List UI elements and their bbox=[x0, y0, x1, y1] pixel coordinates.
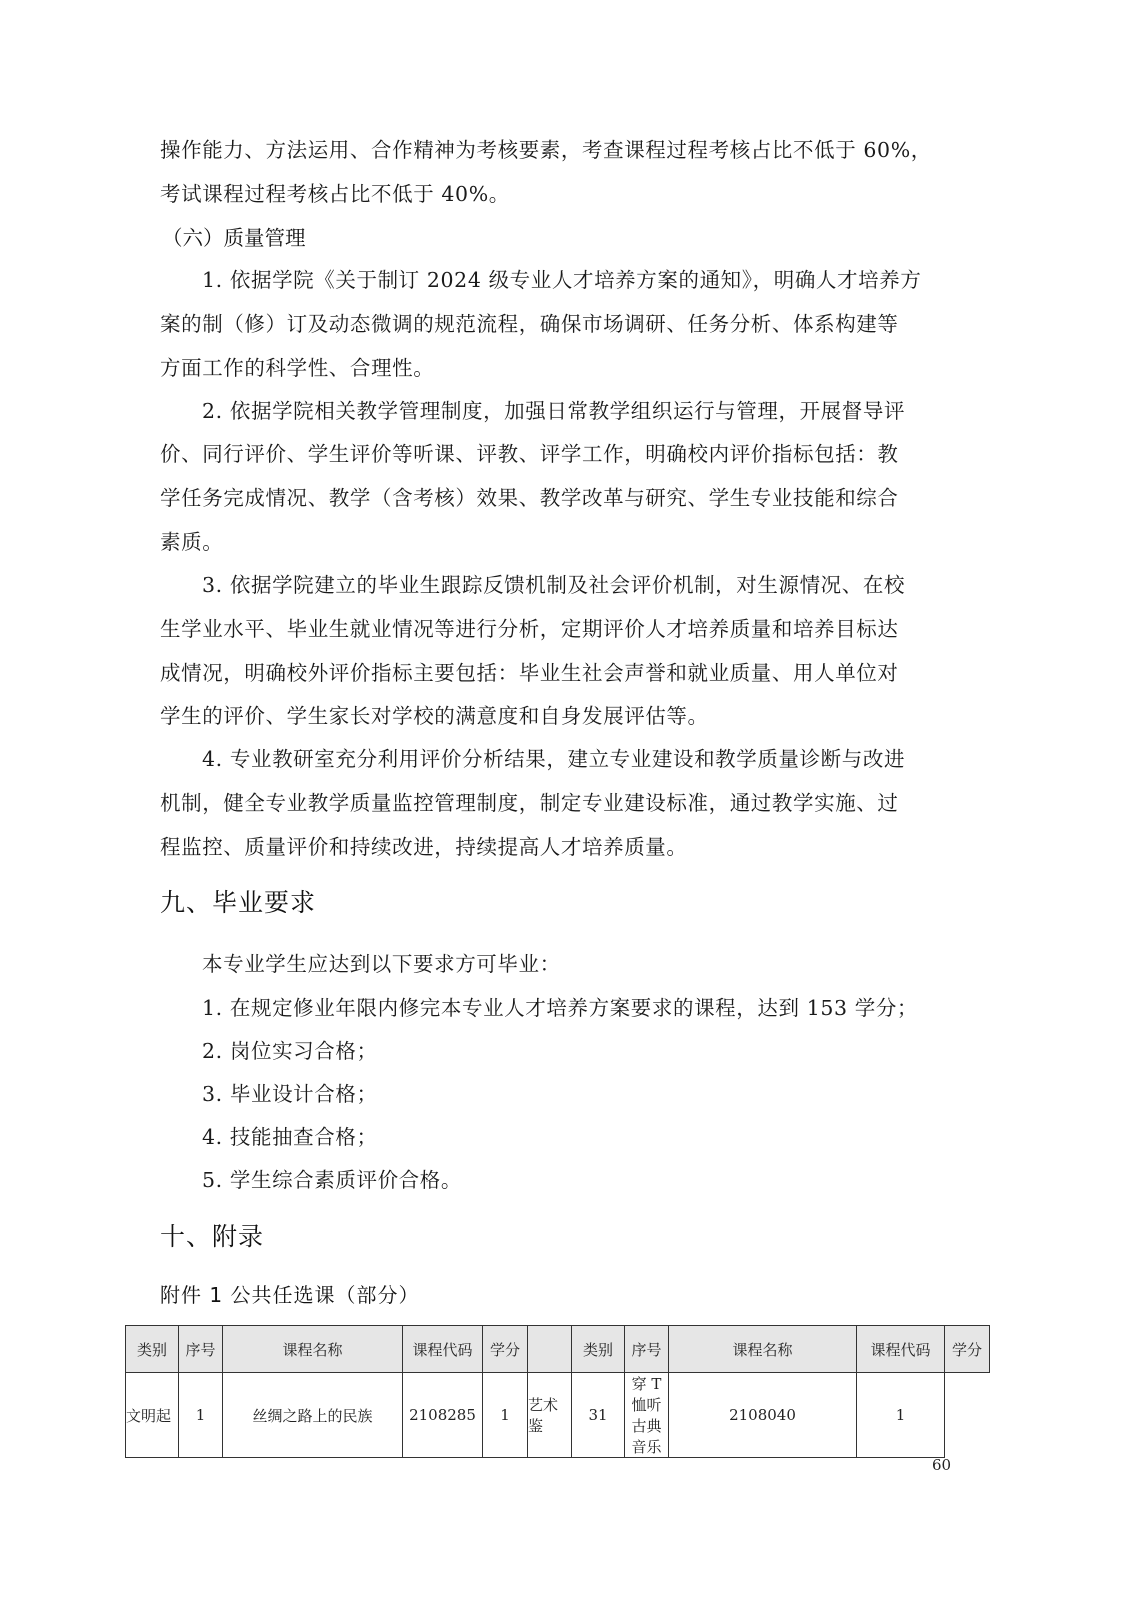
requirement-item: 1. 在规定修业年限内修完本专业人才培养方案要求的课程，达到 153 学分； bbox=[202, 994, 1002, 1022]
cell-category: 艺术鉴 bbox=[528, 1373, 572, 1458]
requirement-item: 4. 技能抽查合格； bbox=[202, 1123, 1002, 1151]
section-title-appendix: 十、附录 bbox=[160, 1221, 264, 1253]
cell-credits: 1 bbox=[483, 1373, 528, 1458]
elective-course-table: 类别 序号 课程名称 课程代码 学分 类别 序号 课程名称 课程代码 学分 文明… bbox=[125, 1325, 990, 1458]
section-title-graduation: 九、毕业要求 bbox=[160, 887, 316, 919]
table-spacer-column bbox=[528, 1326, 572, 1373]
cell-category: 文明起 bbox=[126, 1373, 179, 1458]
body-line: 2. 依据学院相关教学管理制度，加强日常教学组织运行与管理，开展督导评 bbox=[202, 397, 1002, 425]
subsection-title: （六）质量管理 bbox=[162, 224, 306, 252]
header-credits: 学分 bbox=[483, 1326, 528, 1373]
header-index: 序号 bbox=[625, 1326, 669, 1373]
cell-course-name: 丝绸之路上的民族 bbox=[223, 1373, 403, 1458]
header-course-name: 课程名称 bbox=[223, 1326, 403, 1373]
cell-course-code: 2108285 bbox=[403, 1373, 483, 1458]
body-line: 学生的评价、学生家长对学校的满意度和自身发展评估等。 bbox=[160, 702, 960, 730]
table-row: 文明起 1 丝绸之路上的民族 2108285 1 艺术鉴 31 穿 T 恤听古典… bbox=[126, 1373, 990, 1458]
header-category: 类别 bbox=[126, 1326, 179, 1373]
page-number: 60 bbox=[932, 1456, 951, 1474]
graduation-intro: 本专业学生应达到以下要求方可毕业： bbox=[202, 950, 1002, 978]
header-course-code: 课程代码 bbox=[403, 1326, 483, 1373]
body-line: 案的制（修）订及动态微调的规范流程，确保市场调研、任务分析、体系构建等 bbox=[160, 310, 960, 338]
document-page: 操作能力、方法运用、合作精神为考核要素，考查课程过程考核占比不低于 60%， 考… bbox=[0, 0, 1131, 1600]
table-header-row: 类别 序号 课程名称 课程代码 学分 类别 序号 课程名称 课程代码 学分 bbox=[126, 1326, 990, 1373]
body-line: 素质。 bbox=[160, 528, 960, 556]
body-line: 生学业水平、毕业生就业情况等进行分析，定期评价人才培养质量和培养目标达 bbox=[160, 615, 960, 643]
requirement-item: 5. 学生综合素质评价合格。 bbox=[202, 1166, 1002, 1194]
cell-course-code: 2108040 bbox=[669, 1373, 857, 1458]
body-line: 1. 依据学院《关于制订 2024 级专业人才培养方案的通知》，明确人才培养方 bbox=[202, 266, 1002, 294]
header-credits: 学分 bbox=[945, 1326, 990, 1373]
cell-index: 1 bbox=[179, 1373, 223, 1458]
cell-credits: 1 bbox=[857, 1373, 945, 1458]
body-line: 学任务完成情况、教学（含考核）效果、教学改革与研究、学生专业技能和综合 bbox=[160, 484, 960, 512]
header-index: 序号 bbox=[179, 1326, 223, 1373]
body-line: 成情况，明确校外评价指标主要包括：毕业生社会声誉和就业质量、用人单位对 bbox=[160, 659, 960, 687]
requirement-item: 3. 毕业设计合格； bbox=[202, 1080, 1002, 1108]
body-line: 考试课程过程考核占比不低于 40%。 bbox=[160, 180, 960, 208]
header-course-code: 课程代码 bbox=[857, 1326, 945, 1373]
body-line: 程监控、质量评价和持续改进，持续提高人才培养质量。 bbox=[160, 833, 960, 861]
body-line: 价、同行评价、学生评价等听课、评教、评学工作，明确校内评价指标包括：教 bbox=[160, 440, 960, 468]
body-line: 操作能力、方法运用、合作精神为考核要素，考查课程过程考核占比不低于 60%， bbox=[160, 136, 960, 164]
header-course-name: 课程名称 bbox=[669, 1326, 857, 1373]
body-line: 3. 依据学院建立的毕业生跟踪反馈机制及社会评价机制，对生源情况、在校 bbox=[202, 571, 1002, 599]
body-line: 方面工作的科学性、合理性。 bbox=[160, 354, 960, 382]
header-category: 类别 bbox=[572, 1326, 625, 1373]
requirement-item: 2. 岗位实习合格； bbox=[202, 1037, 1002, 1065]
attachment-title: 附件 1 公共任选课（部分） bbox=[160, 1281, 419, 1309]
cell-index: 31 bbox=[572, 1373, 625, 1458]
body-line: 4. 专业教研室充分利用评价分析结果，建立专业建设和教学质量诊断与改进 bbox=[202, 745, 1002, 773]
cell-course-name: 穿 T 恤听古典音乐 bbox=[625, 1373, 669, 1458]
body-line: 机制，健全专业教学质量监控管理制度，制定专业建设标准，通过教学实施、过 bbox=[160, 789, 960, 817]
